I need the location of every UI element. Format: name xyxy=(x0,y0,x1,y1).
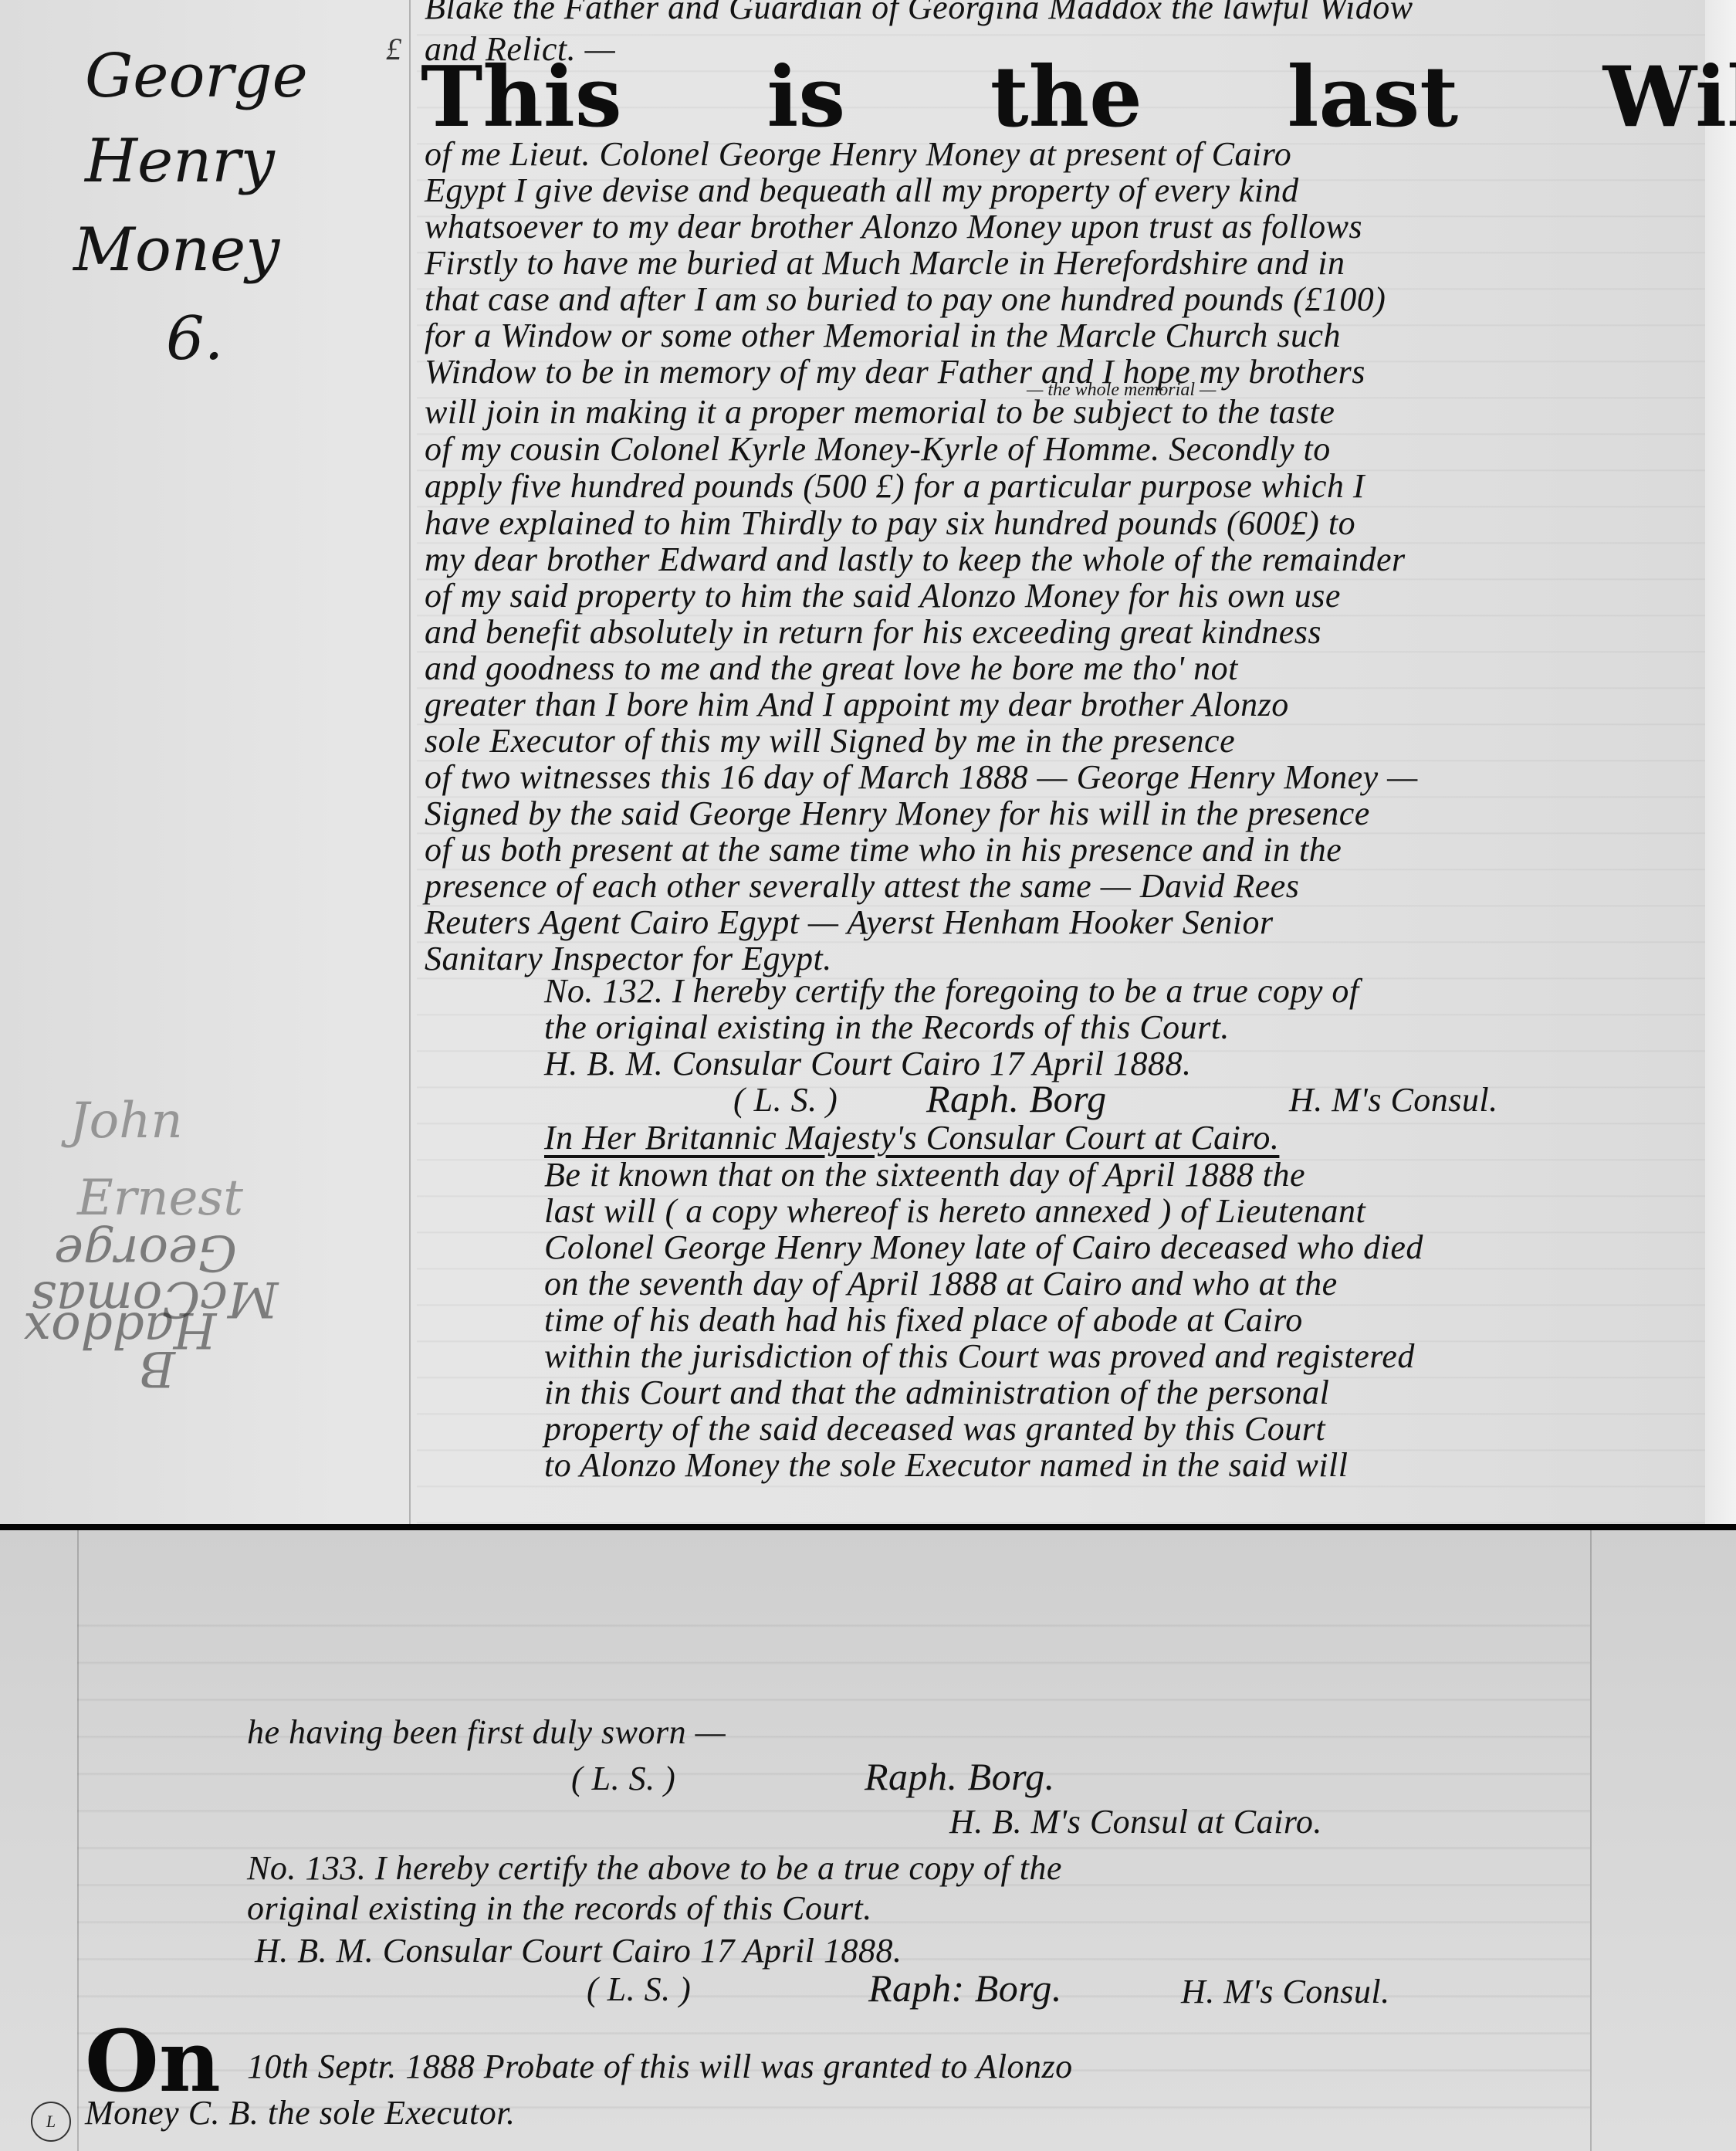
will-line: Reuters Agent Cairo Egypt — Ayerst Henha… xyxy=(425,906,1274,940)
will-line: of two witnesses this 16 day of March 18… xyxy=(425,760,1418,794)
will-line: have explained to him Thirdly to pay six… xyxy=(425,506,1355,540)
will-line: that case and after I am so buried to pa… xyxy=(425,283,1386,317)
certificate-line: No. 133. I hereby certify the above to b… xyxy=(247,1851,1062,1885)
faint-margin-name-ernest: Ernest xyxy=(77,1174,243,1223)
will-line: whatsoever to my dear brother Alonzo Mon… xyxy=(425,210,1362,244)
will-line: Firstly to have me buried at Much Marcle… xyxy=(425,246,1345,280)
consul-title: H. M's Consul. xyxy=(1289,1083,1498,1117)
continuation-line: he having been first duly sworn — xyxy=(247,1716,726,1750)
will-line: for a Window or some other Memorial in t… xyxy=(425,319,1341,353)
will-line: Egypt I give devise and bequeath all my … xyxy=(425,174,1299,208)
mirrored-margin-letter: B xyxy=(139,1343,175,1393)
margin-rule-right-bottom xyxy=(1590,1530,1592,2151)
will-line: of my said property to him the said Alon… xyxy=(425,579,1341,613)
will-line: Signed by the said George Henry Money fo… xyxy=(425,797,1370,831)
court-heading: In Her Britannic Majesty's Consular Cour… xyxy=(544,1121,1279,1155)
will-line: will join in making it a proper memorial… xyxy=(425,395,1335,429)
grant-line: property of the said deceased was grante… xyxy=(544,1412,1325,1446)
mirrored-margin-name-haddox: Haddox xyxy=(23,1305,217,1354)
seal-mark: ( L. S. ) xyxy=(733,1083,838,1117)
pound-mark-icon: £ xyxy=(386,31,401,67)
margin-entry-number: 6. xyxy=(166,309,223,369)
certificate-line: No. 132. I hereby certify the foregoing … xyxy=(544,974,1359,1008)
certificate-line: the original existing in the Records of … xyxy=(544,1011,1230,1045)
will-line: greater than I bore him And I appoint my… xyxy=(425,688,1289,722)
consul-title: H. B. M's Consul at Cairo. xyxy=(949,1805,1322,1839)
grant-line: to Alonzo Money the sole Executor named … xyxy=(544,1448,1348,1482)
seal-mark: ( L. S. ) xyxy=(571,1762,675,1796)
certificate-line: original existing in the records of this… xyxy=(247,1892,872,1926)
certificate-line: H. B. M. Consular Court Cairo 17 April 1… xyxy=(544,1047,1192,1081)
grant-line: last will ( a copy whereof is hereto ann… xyxy=(544,1194,1365,1228)
margin-rule-bottom xyxy=(77,1530,79,2151)
will-line: apply five hundred pounds (500 £) for a … xyxy=(425,469,1365,503)
will-line: Window to be in memory of my dear Father… xyxy=(425,355,1365,389)
page-edge xyxy=(1705,0,1736,1524)
will-line: sole Executor of this my will Signed by … xyxy=(425,724,1235,758)
grant-line: Be it known that on the sixteenth day of… xyxy=(544,1158,1305,1192)
image-divider xyxy=(0,1524,1736,1530)
margin-name-surname: Money xyxy=(73,220,279,280)
will-line: Sanitary Inspector for Egypt. xyxy=(425,942,832,976)
probate-initial: On xyxy=(85,2019,221,2104)
preamble-line: Blake the Father and Guardian of Georgin… xyxy=(425,0,1413,25)
grant-line: time of his death had his fixed place of… xyxy=(544,1303,1303,1337)
probate-line: Money C. B. the sole Executor. xyxy=(85,2096,516,2130)
will-line: of me Lieut. Colonel George Henry Money … xyxy=(425,137,1291,171)
will-line: my dear brother Edward and lastly to kee… xyxy=(425,543,1406,577)
will-line: of my cousin Colonel Kyrle Money-Kyrle o… xyxy=(425,432,1331,466)
will-line: presence of each other severally attest … xyxy=(425,869,1299,903)
will-line: and benefit absolutely in return for his… xyxy=(425,615,1321,649)
will-line: of us both present at the same time who … xyxy=(425,833,1342,867)
consul-title: H. M's Consul. xyxy=(1181,1975,1390,2009)
faint-margin-name-john: John xyxy=(69,1096,183,1146)
margin-name-middle: Henry xyxy=(85,131,275,191)
consul-signature: Raph. Borg. xyxy=(865,1757,1055,1796)
will-line: and goodness to me and the great love he… xyxy=(425,652,1238,686)
grant-line: in this Court and that the administratio… xyxy=(544,1376,1329,1410)
probate-line: 10th Septr. 1888 Probate of this will wa… xyxy=(247,2050,1073,2084)
grant-line: on the seventh day of April 1888 at Cair… xyxy=(544,1267,1338,1301)
grant-line: Colonel George Henry Money late of Cairo… xyxy=(544,1231,1423,1265)
will-heading: This is the last Will xyxy=(421,56,1736,139)
consul-signature: Raph. Borg xyxy=(926,1079,1107,1118)
margin-circle-mark-icon: L xyxy=(31,2102,71,2142)
certificate-line: H. B. M. Consular Court Cairo 17 April 1… xyxy=(255,1934,902,1968)
seal-mark: ( L. S. ) xyxy=(587,1973,691,2007)
consul-signature: Raph: Borg. xyxy=(868,1969,1062,2007)
margin-name-first: George xyxy=(85,46,308,107)
margin-rule xyxy=(409,0,411,1524)
grant-line: within the jurisdiction of this Court wa… xyxy=(544,1340,1415,1374)
